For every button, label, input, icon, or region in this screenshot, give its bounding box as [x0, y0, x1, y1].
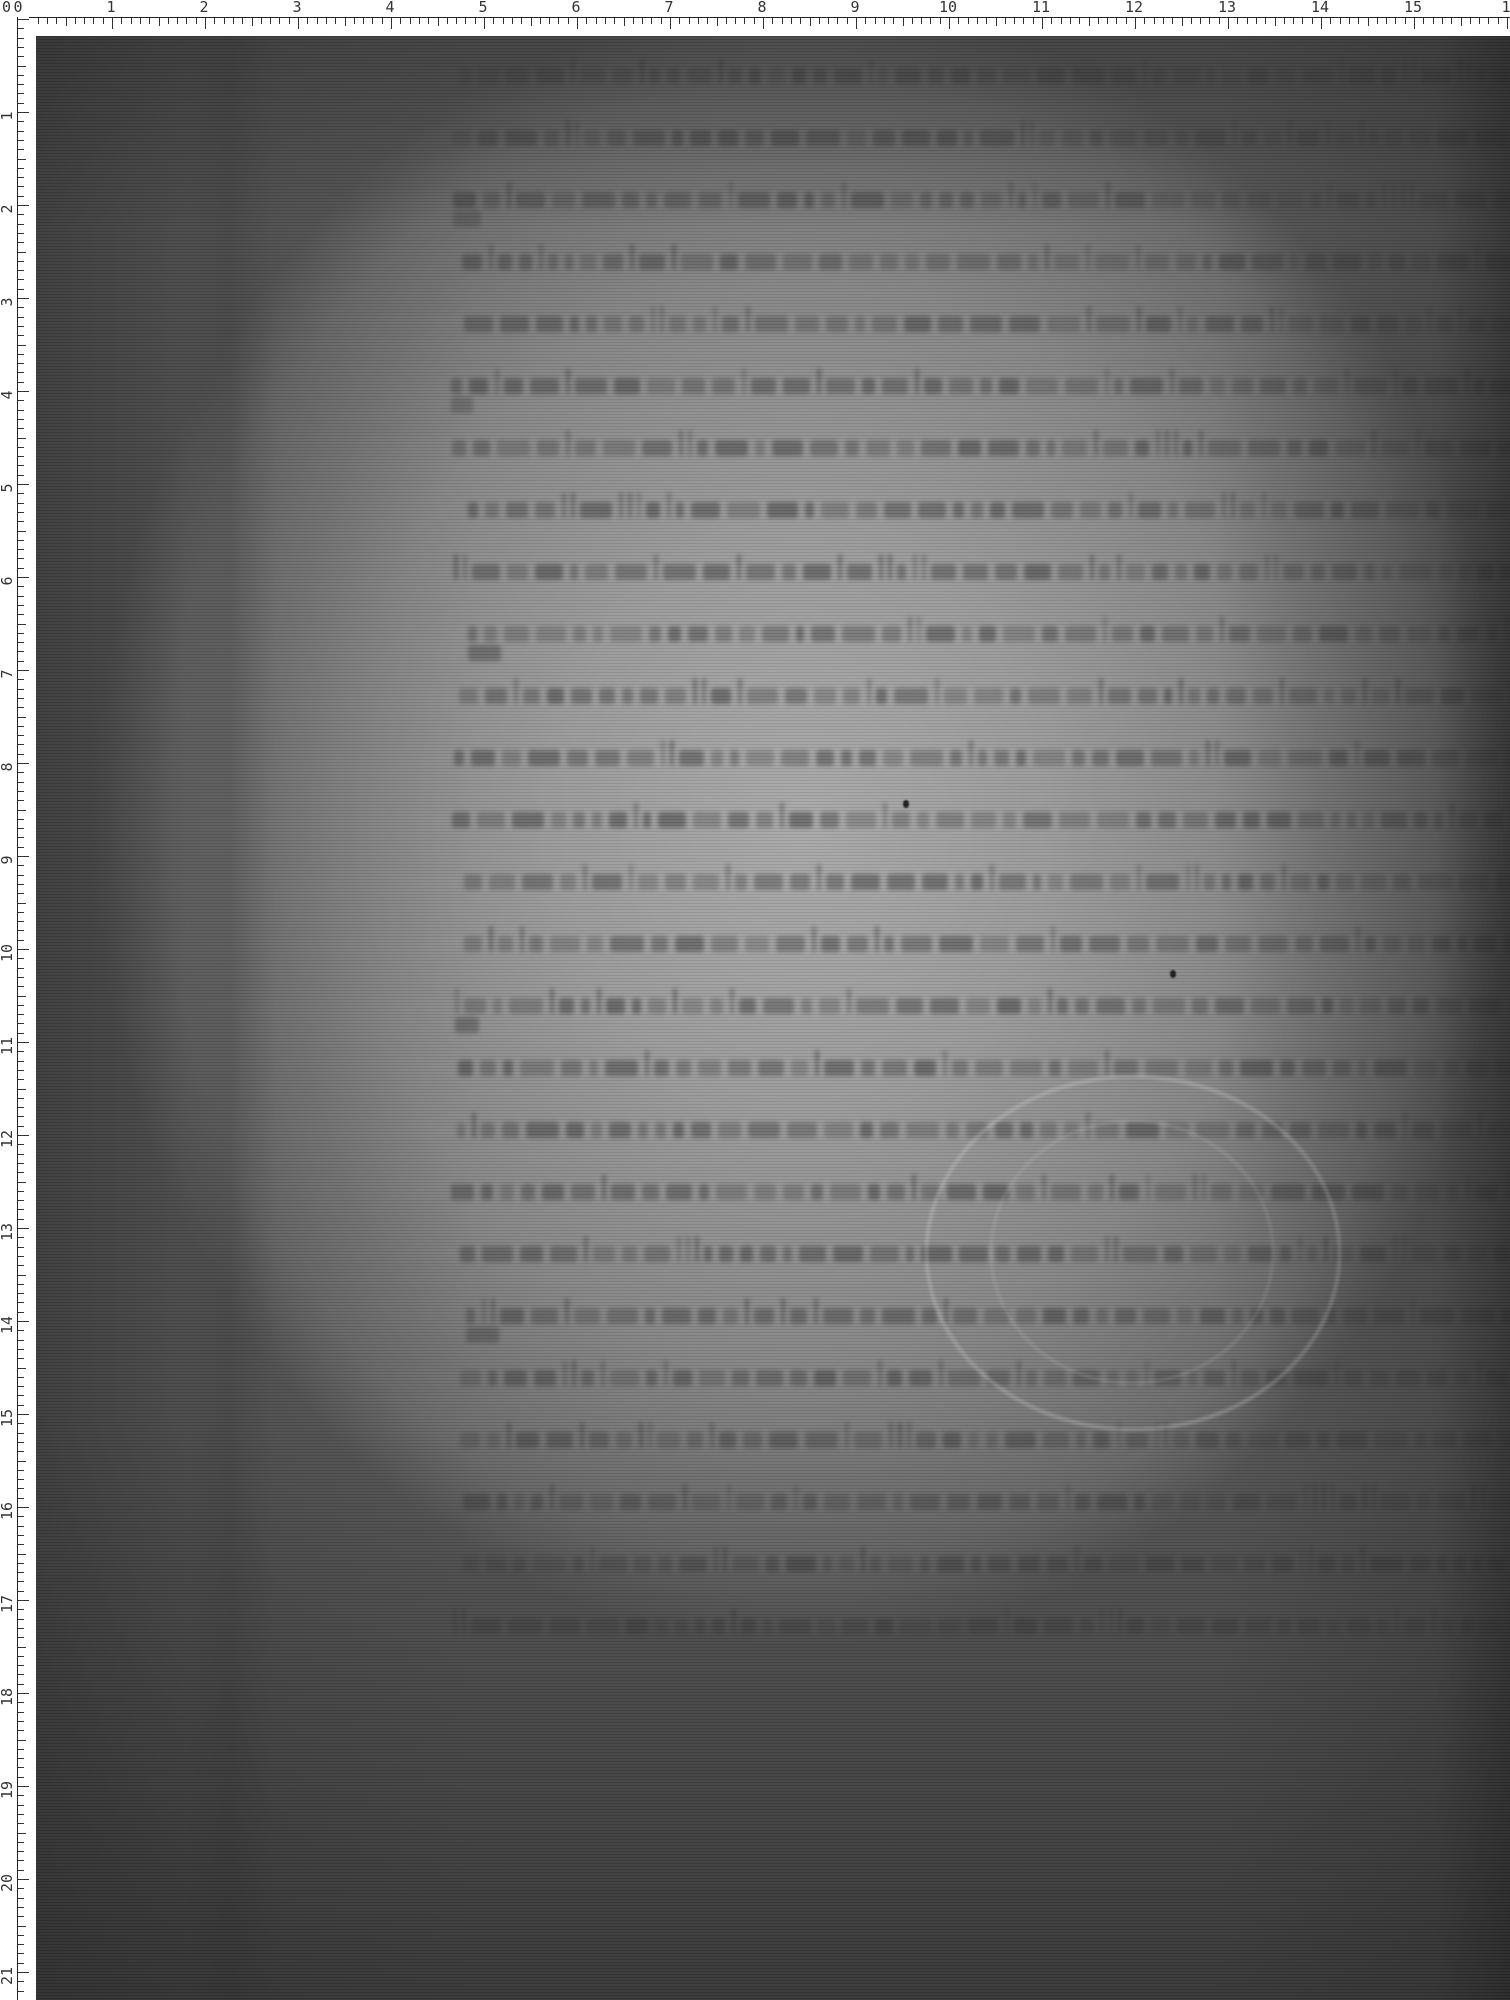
- ruler-tick: [186, 18, 187, 24]
- ruler-tick: [18, 1591, 24, 1592]
- ruler-tick: [18, 865, 24, 866]
- ruler-tick: [1098, 18, 1099, 24]
- ruler-tick: [717, 18, 718, 26]
- ruler-tick: [624, 18, 625, 26]
- ruler-tick: [1228, 18, 1229, 29]
- ruler-tick: [18, 289, 24, 290]
- ruler-label: 5: [478, 0, 487, 15]
- ruler-tick: [84, 18, 85, 24]
- ruler-label: 3: [0, 297, 15, 306]
- ruler-tick: [18, 531, 26, 532]
- manuscript-line: [452, 802, 1510, 824]
- ruler-tick: [18, 1879, 29, 1880]
- ruler-tick: [18, 307, 24, 308]
- ruler-tick: [18, 1693, 29, 1694]
- ruler-tick: [447, 18, 448, 24]
- ruler-tick: [18, 1079, 24, 1080]
- ruler-tick: [1414, 18, 1415, 29]
- ruler-tick: [18, 568, 24, 569]
- ruler-tick: [18, 475, 24, 476]
- ruler-tick: [18, 1358, 24, 1359]
- ruler-tick: [698, 18, 699, 24]
- ruler-tick: [651, 18, 652, 24]
- ruler-tick: [1079, 18, 1080, 24]
- ruler-tick: [18, 317, 24, 318]
- ruler-tick: [18, 205, 29, 206]
- ruler-tick: [18, 949, 29, 950]
- ruler-tick: [233, 18, 234, 24]
- ruler-tick: [18, 1786, 29, 1787]
- ruler-tick: [289, 18, 290, 24]
- ruler-tick: [18, 1898, 24, 1899]
- ruler-tick: [1172, 18, 1173, 24]
- ruler-tick: [18, 1423, 24, 1424]
- ruler-tick: [18, 1349, 24, 1350]
- ruler-tick: [456, 18, 457, 24]
- ruler-tick: [1302, 18, 1303, 24]
- ruler-tick: [1461, 18, 1462, 26]
- ruler-tick: [1349, 18, 1350, 24]
- ruler-label: 3: [292, 0, 301, 15]
- ruler-tick: [18, 177, 24, 178]
- ruler-tick: [18, 930, 24, 931]
- ruler-tick: [1023, 18, 1024, 24]
- ruler-tick: [18, 744, 24, 745]
- ruler-tick: [214, 18, 215, 24]
- ruler-tick: [18, 763, 29, 764]
- ruler-tick: [382, 18, 383, 24]
- ruler-tick: [810, 18, 811, 26]
- ruler-tick: [1219, 18, 1220, 24]
- ruler-tick: [317, 18, 318, 24]
- ruler-label: 10: [0, 944, 15, 962]
- ruler-tick: [18, 1442, 24, 1443]
- ruler-tick: [18, 1247, 24, 1248]
- ruler-tick: [1005, 18, 1006, 24]
- ruler-tick: [18, 1563, 24, 1564]
- ruler-tick: [149, 18, 150, 24]
- ruler-tick: [875, 18, 876, 24]
- ruler-tick: [1312, 18, 1313, 24]
- ruler-tick: [18, 1070, 24, 1071]
- ruler-tick: [18, 270, 24, 271]
- ruler-tick: [131, 18, 132, 24]
- ruler-tick: [18, 1609, 24, 1610]
- ruler-tick: [18, 1107, 24, 1108]
- ruler-tick: [18, 1023, 24, 1024]
- ruler-tick: [18, 493, 24, 494]
- ruler-tick: [168, 18, 169, 24]
- ruler-tick: [1284, 18, 1285, 24]
- ruler-tick: [744, 18, 745, 24]
- ruler-tick: [18, 1953, 24, 1954]
- ruler-tick: [18, 1665, 24, 1666]
- ruler-tick: [884, 18, 885, 24]
- ruler-label: 4: [385, 0, 394, 15]
- ruler-tick: [18, 1926, 26, 1927]
- ruler-tick: [558, 18, 559, 24]
- ruler-tick: [475, 18, 476, 24]
- ruler-tick: [18, 1833, 26, 1834]
- ruler-label: 11: [0, 1037, 15, 1055]
- ruler-tick: [633, 18, 634, 24]
- ruler-tick: [18, 47, 24, 48]
- ruler-tick: [18, 1089, 26, 1090]
- manuscript-line: [460, 58, 1510, 80]
- ruler-tick: [503, 18, 504, 24]
- ruler-tick: [205, 18, 206, 29]
- ruler-tick: [112, 18, 113, 29]
- ruler-tick: [18, 1479, 24, 1480]
- ruler-tick: [18, 1116, 24, 1117]
- manuscript-line: [455, 988, 1510, 1010]
- manuscript-line: [468, 616, 1510, 638]
- manuscript-line: [459, 678, 1510, 700]
- ruler-label: 1: [1501, 0, 1510, 15]
- ruler-tick: [18, 233, 24, 234]
- ruler-tick: [18, 1767, 24, 1768]
- ruler-tick: [18, 1628, 24, 1629]
- ruler-label: 8: [757, 0, 766, 15]
- ruler-tick: [18, 503, 24, 504]
- ruler-label: 18: [0, 1688, 15, 1706]
- ruler-tick: [18, 1758, 24, 1759]
- ruler-label: 6: [571, 0, 580, 15]
- ruler-tick: [958, 18, 959, 24]
- ruler-tick: [18, 633, 24, 634]
- ruler-tick: [726, 18, 727, 24]
- ruler-tick: [18, 38, 24, 39]
- ruler-tick: [18, 1507, 29, 1508]
- ruler-tick: [18, 1451, 24, 1452]
- ruler-tick: [819, 18, 820, 24]
- ruler-tick: [18, 1228, 29, 1229]
- ruler-tick: [1200, 18, 1201, 24]
- ruler-tick: [1126, 18, 1127, 24]
- ruler-tick: [428, 18, 429, 24]
- ruler-label: 0: [13, 0, 22, 15]
- ruler-tick: [18, 1293, 24, 1294]
- ruler-tick: [18, 828, 24, 829]
- ruler-tick: [18, 614, 24, 615]
- ruler-tick: [577, 18, 578, 29]
- ruler-tick: [18, 410, 24, 411]
- ruler-tick: [763, 18, 764, 29]
- ruler-tick: [18, 605, 24, 606]
- ruler-tick: [18, 465, 24, 466]
- ruler-tick: [18, 679, 24, 680]
- ruler-tick: [865, 18, 866, 24]
- ruler-tick: [18, 893, 24, 894]
- ruler-tick: [1442, 18, 1443, 24]
- ruler-label: 7: [0, 669, 15, 678]
- ruler-tick: [18, 1730, 24, 1731]
- ruler-tick: [18, 1581, 24, 1582]
- ruler-tick: [18, 112, 29, 113]
- ruler-label: 14: [0, 1316, 15, 1334]
- ruler-label: 7: [664, 0, 673, 15]
- ruler-tick: [18, 1163, 24, 1164]
- ruler-tick: [103, 18, 104, 24]
- ruler-tick: [224, 18, 225, 24]
- ruler-tick: [18, 1740, 26, 1741]
- ruler-tick: [596, 18, 597, 24]
- ruler-tick: [18, 1237, 24, 1238]
- ruler-tick: [512, 18, 513, 24]
- ruler-tick: [484, 18, 485, 29]
- ruler-tick: [18, 651, 24, 652]
- ruler-tick: [38, 18, 39, 24]
- ruler-tick: [986, 18, 987, 24]
- ink-speck: [903, 800, 909, 808]
- ruler-label: 20: [0, 1874, 15, 1892]
- manuscript-line: [453, 1608, 1510, 1630]
- ruler-tick: [1405, 18, 1406, 24]
- ruler-tick: [735, 18, 736, 24]
- ruler-tick: [18, 558, 24, 559]
- ruler-tick: [18, 1219, 24, 1220]
- ruler-tick: [18, 1572, 24, 1573]
- ruler-label: 11: [1032, 0, 1050, 15]
- ruler-tick: [18, 131, 24, 132]
- ruler-tick: [18, 1377, 24, 1378]
- ruler-tick: [18, 1461, 26, 1462]
- ruler-tick: [18, 624, 26, 625]
- ruler-tick: [18, 689, 24, 690]
- ruler-tick: [1368, 18, 1369, 26]
- ruler-tick: [18, 837, 24, 838]
- ruler-tick: [18, 1312, 24, 1313]
- ruler-tick: [121, 18, 122, 24]
- ruler-tick: [18, 1488, 24, 1489]
- ruler-tick: [18, 1647, 26, 1648]
- ruler-tick: [18, 856, 29, 857]
- ruler-tick: [18, 252, 26, 253]
- ruler-tick: [1265, 18, 1266, 24]
- ruler-tick: [18, 19, 29, 20]
- ruler-tick: [1451, 18, 1452, 24]
- ruler-tick: [18, 84, 24, 85]
- ruler-tick: [18, 354, 24, 355]
- ruler-tick: [18, 754, 24, 755]
- ruler-tick: [18, 1907, 24, 1908]
- ruler-tick: [18, 1061, 24, 1062]
- ruler-tick: [18, 159, 26, 160]
- ruler-label: 15: [1404, 0, 1422, 15]
- ruler-tick: [1135, 18, 1136, 29]
- ruler-tick: [661, 18, 662, 24]
- ruler-tick: [586, 18, 587, 24]
- ruler-tick: [18, 335, 24, 336]
- ruler-tick: [1107, 18, 1108, 24]
- manuscript-line: [452, 430, 1510, 452]
- ruler-tick: [1144, 18, 1145, 24]
- ruler-tick: [18, 456, 24, 457]
- ruler-tick: [18, 847, 24, 848]
- ruler-tick: [782, 18, 783, 24]
- ruler-tick: [159, 18, 160, 26]
- ruler-tick: [18, 363, 24, 364]
- ruler-tick: [493, 18, 494, 24]
- ruler-tick: [1488, 18, 1489, 24]
- ink-speck: [1170, 970, 1176, 978]
- ruler-tick: [307, 18, 308, 24]
- ruler-tick: [18, 977, 24, 978]
- ruler-tick: [18, 707, 24, 708]
- ruler-tick: [47, 18, 48, 24]
- ruler-tick: [1321, 18, 1322, 29]
- ruler-tick: [410, 18, 411, 24]
- ruler-tick: [614, 18, 615, 24]
- ruler-tick: [18, 121, 24, 122]
- ruler-tick: [18, 912, 24, 913]
- ruler-label: 2: [199, 0, 208, 15]
- ruler-tick: [18, 1033, 24, 1034]
- ruler-tick: [18, 1916, 24, 1917]
- ruler-tick: [18, 1135, 29, 1136]
- ruler-tick: [18, 1963, 24, 1964]
- ruler-tick: [18, 447, 24, 448]
- ruler-tick: [18, 1944, 24, 1945]
- ruler-label: 21: [0, 1967, 15, 1985]
- ruler-tick: [1237, 18, 1238, 24]
- ruler-tick: [1014, 18, 1015, 24]
- ruler-tick: [940, 18, 941, 24]
- ruler-tick: [847, 18, 848, 24]
- ruler-tick: [1256, 18, 1257, 24]
- ruler-tick: [242, 18, 243, 24]
- ruler-tick: [18, 800, 24, 801]
- ruler-tick: [1042, 18, 1043, 29]
- ruler-tick: [18, 586, 24, 587]
- ruler-tick: [18, 1330, 24, 1331]
- ruler-tick: [903, 18, 904, 26]
- ruler-tick: [18, 186, 24, 187]
- ruler-tick: [1358, 18, 1359, 24]
- ruler-tick: [18, 1275, 26, 1276]
- ruler-tick: [828, 18, 829, 24]
- ruler-tick: [1163, 18, 1164, 24]
- ruler-tick: [18, 1981, 24, 1982]
- ruler-tick: [18, 642, 24, 643]
- ruler-tick: [18, 698, 24, 699]
- ruler-tick: [893, 18, 894, 24]
- ruler-tick: [18, 1712, 24, 1713]
- ruler-tick: [140, 18, 141, 24]
- ruler-label: 9: [850, 0, 859, 15]
- ruler-tick: [1433, 18, 1434, 24]
- ruler-tick: [18, 772, 24, 773]
- ruler-tick: [800, 18, 801, 24]
- ruler-tick: [18, 726, 24, 727]
- ruler-tick: [18, 549, 24, 550]
- ruler-tick: [18, 382, 24, 383]
- ruler-tick: [18, 345, 26, 346]
- ruler-tick: [18, 782, 24, 783]
- ruler-tick: [18, 1200, 24, 1201]
- ruler-tick: [18, 921, 24, 922]
- ruler-tick: [18, 1172, 24, 1173]
- manuscript-line: [451, 368, 1510, 390]
- ruler-tick: [335, 18, 336, 24]
- ruler-tick: [679, 18, 680, 24]
- ruler-tick: [18, 958, 24, 959]
- ruler-tick: [18, 1888, 24, 1889]
- ruler-tick: [18, 1535, 24, 1536]
- ruler-tick: [18, 298, 29, 299]
- ruler-label: 2: [0, 204, 15, 213]
- ruler-tick: [18, 1154, 24, 1155]
- ruler-tick: [18, 1814, 24, 1815]
- ruler-tick: [18, 1098, 24, 1099]
- ruler-label: 15: [0, 1409, 15, 1427]
- ruler-tick: [279, 18, 280, 24]
- ruler-tick: [18, 661, 24, 662]
- ruler-tick: [18, 1972, 29, 1973]
- ruler-tick: [1498, 18, 1499, 24]
- ruler-tick: [605, 18, 606, 24]
- ruler-tick: [18, 875, 24, 876]
- ruler-tick: [18, 996, 26, 997]
- ruler-tick: [18, 1144, 24, 1145]
- ruler-tick: [18, 1014, 24, 1015]
- ruler-tick: [18, 1284, 24, 1285]
- ruler-label: 8: [0, 762, 15, 771]
- ruler-tick: [18, 940, 24, 941]
- ruler-tick: [75, 18, 76, 24]
- ruler-tick: [18, 577, 29, 578]
- ruler-tick: [18, 1870, 24, 1871]
- ruler-tick: [18, 1516, 24, 1517]
- ruler-tick: [912, 18, 913, 24]
- ruler-tick: [419, 18, 420, 24]
- ruler-label: 10: [939, 0, 957, 15]
- ruler-tick: [18, 1395, 24, 1396]
- ruler-tick: [18, 1321, 29, 1322]
- ruler-tick: [261, 18, 262, 24]
- ruler-tick: [18, 1005, 24, 1006]
- manuscript-line: [452, 120, 1510, 142]
- ruler-tick: [1191, 18, 1192, 24]
- ruler-tick: [949, 18, 950, 29]
- ruler-tick: [18, 1991, 24, 1992]
- ruler-label: 19: [0, 1781, 15, 1799]
- ruler-tick: [66, 18, 67, 26]
- manuscript-line: [454, 740, 1510, 762]
- ruler-tick: [18, 419, 24, 420]
- ruler-tick: [18, 903, 26, 904]
- ruler-tick: [326, 18, 327, 24]
- ruler-tick: [689, 18, 690, 24]
- ruler-tick: [18, 1265, 24, 1266]
- ruler-tick: [18, 1656, 24, 1657]
- ruler-tick: [363, 18, 364, 24]
- ruler-tick: [18, 93, 24, 94]
- ruler-tick: [177, 18, 178, 24]
- ruler-tick: [18, 261, 24, 262]
- ruler-tick: [18, 168, 24, 169]
- ruler-tick: [1395, 18, 1396, 24]
- ruler-tick: [921, 18, 922, 24]
- ruler-tick: [18, 1674, 24, 1675]
- ruler-tick: [18, 400, 24, 401]
- ruler-tick: [18, 968, 24, 969]
- ruler-tick: [1340, 18, 1341, 24]
- ruler-label: 0: [2, 0, 11, 15]
- ruler-tick: [18, 1544, 24, 1545]
- ruler-tick: [1423, 18, 1424, 24]
- ruler-tick: [18, 372, 24, 373]
